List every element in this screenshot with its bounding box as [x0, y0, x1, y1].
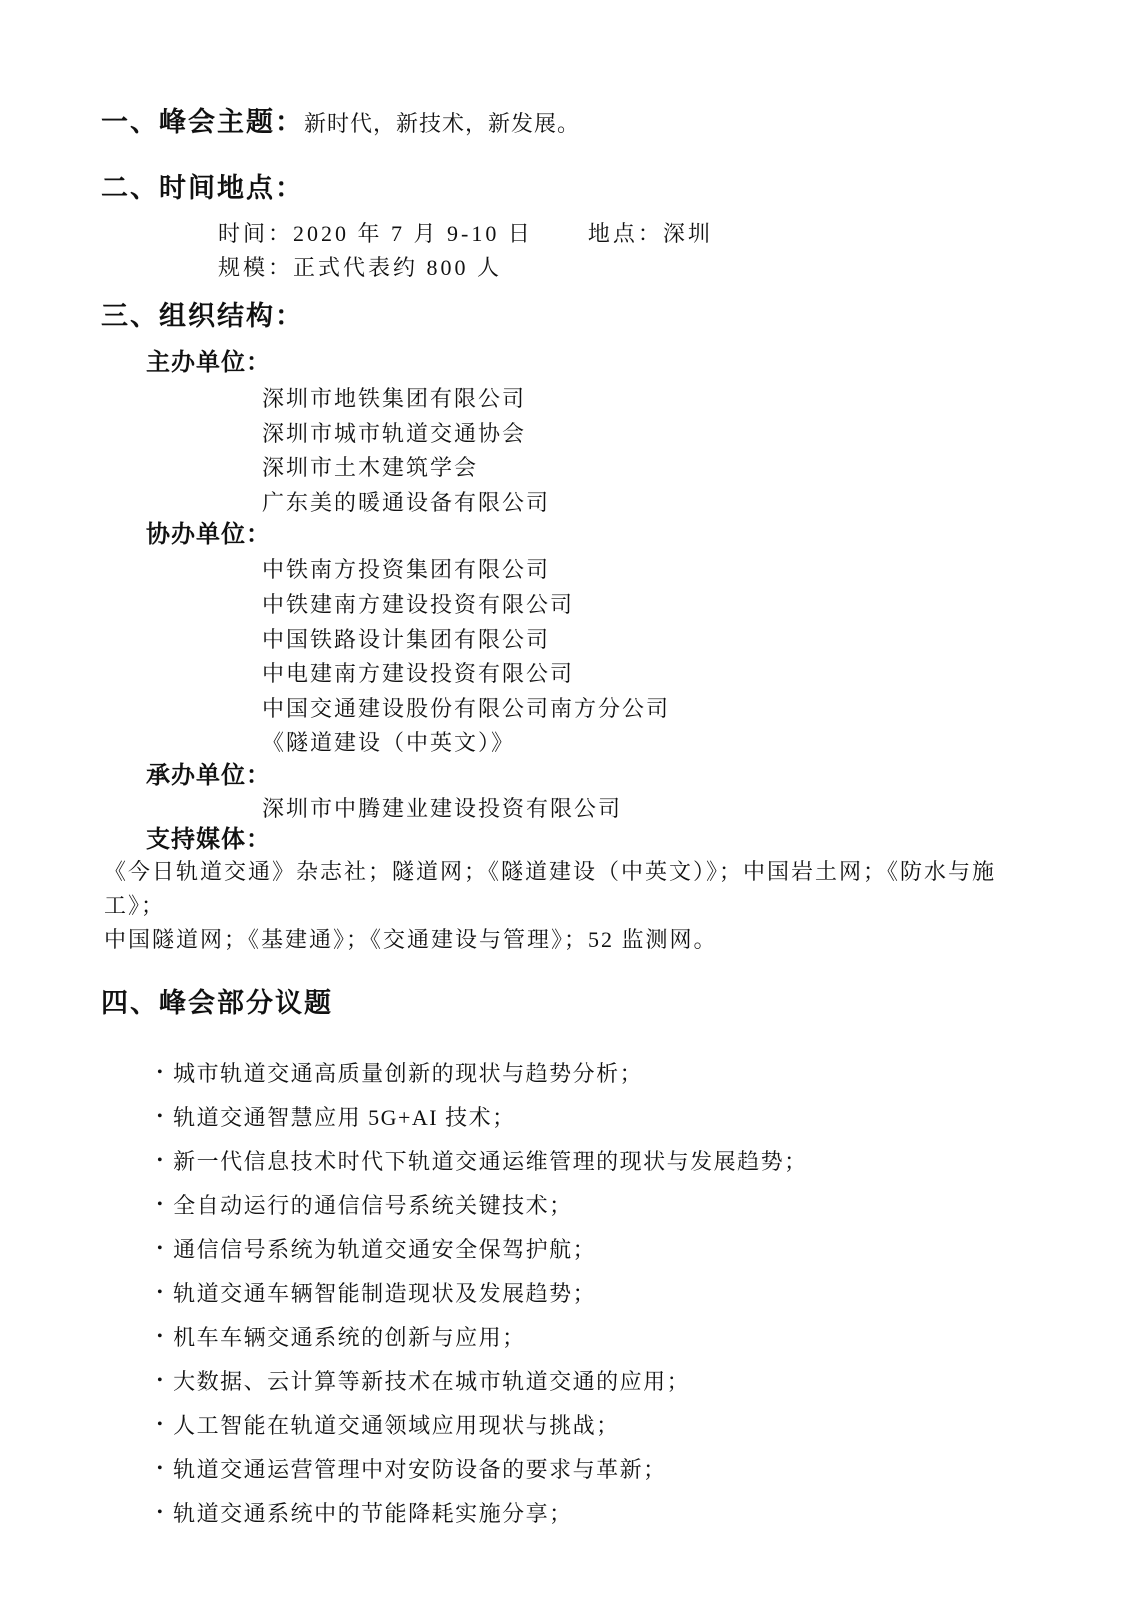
host-units-list: 深圳市地铁集团有限公司 深圳市城市轨道交通协会 深圳市土木建筑学会 广东美的暖通… — [0, 382, 1131, 520]
topic-text: 机车车辆交通系统的创新与应用； — [173, 1321, 526, 1352]
org-item: 中国交通建设股份有限公司南方分公司 — [262, 692, 1131, 727]
scale-value: 正式代表约 800 人 — [293, 255, 502, 280]
topic-item: •通信信号系统为轨道交通安全保驾护航； — [157, 1227, 1131, 1271]
topic-text: 新一代信息技术时代下轨道交通运维管理的现状与发展趋势； — [173, 1145, 808, 1176]
topic-item: •人工智能在轨道交通领域应用现状与挑战； — [157, 1403, 1131, 1447]
section-1-theme-text: 新时代，新技术，新发展。 — [304, 111, 580, 136]
co-organizer-title: 协办单位： — [146, 520, 1131, 550]
org-item: 广东美的暖通设备有限公司 — [262, 486, 1131, 521]
topics-list: •城市轨道交通高质量创新的现状与趋势分析； •轨道交通智慧应用 5G+AI 技术… — [0, 1051, 1131, 1535]
topic-item: •轨道交通车辆智能制造现状及发展趋势； — [157, 1271, 1131, 1315]
topic-item: •轨道交通系统中的节能降耗实施分享； — [157, 1491, 1131, 1535]
time-place-row: 时间：2020 年 7 月 9-10 日地点：深圳 — [218, 218, 1131, 250]
topic-text: 轨道交通车辆智能制造现状及发展趋势； — [173, 1277, 596, 1308]
bullet-dot-icon: • — [157, 1460, 164, 1478]
org-item: 中铁建南方建设投资有限公司 — [262, 588, 1131, 623]
bullet-dot-icon: • — [157, 1416, 164, 1434]
topic-item: •机车车辆交通系统的创新与应用； — [157, 1315, 1131, 1359]
scale-row: 规模：正式代表约 800 人 — [218, 252, 1131, 284]
org-item: 《隧道建设（中英文）》 — [262, 726, 1131, 761]
org-item: 深圳市城市轨道交通协会 — [262, 417, 1131, 452]
time-label: 时间： — [218, 221, 293, 246]
topic-item: •大数据、云计算等新技术在城市轨道交通的应用； — [157, 1359, 1131, 1403]
topic-text: 轨道交通运营管理中对安防设备的要求与革新； — [173, 1453, 667, 1484]
undertaker-title: 承办单位： — [146, 761, 1131, 791]
section-1-heading: 一、峰会主题： — [101, 107, 304, 137]
topic-text: 通信信号系统为轨道交通安全保驾护航； — [173, 1233, 596, 1264]
section-2-heading: 二、时间地点： — [101, 170, 1131, 206]
media-support-line: 《今日轨道交通》杂志社；隧道网；《隧道建设（中英文）》；中国岩土网；《防水与施工… — [104, 855, 1041, 923]
org-item: 深圳市地铁集团有限公司 — [262, 382, 1131, 417]
co-organizer-list: 中铁南方投资集团有限公司 中铁建南方建设投资有限公司 中国铁路设计集团有限公司 … — [0, 553, 1131, 761]
media-support-line: 中国隧道网；《基建通》；《交通建设与管理》；52 监测网。 — [104, 923, 1041, 957]
time-value: 2020 年 7 月 9-10 日 — [293, 221, 533, 246]
document-page: 一、峰会主题：新时代，新技术，新发展。 二、时间地点： 时间：2020 年 7 … — [0, 0, 1131, 1600]
bullet-dot-icon: • — [157, 1240, 164, 1258]
place-value: 深圳 — [663, 221, 713, 246]
org-item: 深圳市中腾建业建设投资有限公司 — [262, 793, 1131, 825]
org-item: 深圳市土木建筑学会 — [262, 451, 1131, 486]
topic-item: •全自动运行的通信信号系统关键技术； — [157, 1183, 1131, 1227]
topic-item: •城市轨道交通高质量创新的现状与趋势分析； — [157, 1051, 1131, 1095]
bullet-dot-icon: • — [157, 1064, 164, 1082]
topic-text: 全自动运行的通信信号系统关键技术； — [173, 1189, 573, 1220]
topic-text: 轨道交通智慧应用 5G+AI 技术； — [173, 1101, 516, 1132]
topic-item: •轨道交通运营管理中对安防设备的要求与革新； — [157, 1447, 1131, 1491]
org-item: 中国铁路设计集团有限公司 — [262, 623, 1131, 658]
media-support-title: 支持媒体： — [146, 825, 1131, 855]
bullet-dot-icon: • — [157, 1504, 164, 1522]
host-units-title: 主办单位： — [146, 348, 1131, 378]
section-3-heading: 三、组织结构： — [101, 298, 1131, 334]
topic-item: •轨道交通智慧应用 5G+AI 技术； — [157, 1095, 1131, 1139]
bullet-dot-icon: • — [157, 1196, 164, 1214]
document-content: 一、峰会主题：新时代，新技术，新发展。 二、时间地点： 时间：2020 年 7 … — [0, 0, 1131, 1535]
topic-text: 大数据、云计算等新技术在城市轨道交通的应用； — [173, 1365, 690, 1396]
bullet-dot-icon: • — [157, 1152, 164, 1170]
org-item: 中铁南方投资集团有限公司 — [262, 553, 1131, 588]
bullet-dot-icon: • — [157, 1372, 164, 1390]
topic-text: 轨道交通系统中的节能降耗实施分享； — [173, 1497, 573, 1528]
org-item: 中电建南方建设投资有限公司 — [262, 657, 1131, 692]
topic-item: •新一代信息技术时代下轨道交通运维管理的现状与发展趋势； — [157, 1139, 1131, 1183]
section-4-heading: 四、峰会部分议题 — [101, 985, 1131, 1021]
section-1-heading-line: 一、峰会主题：新时代，新技术，新发展。 — [101, 104, 1131, 142]
topic-text: 人工智能在轨道交通领域应用现状与挑战； — [173, 1409, 620, 1440]
bullet-dot-icon: • — [157, 1108, 164, 1126]
scale-label: 规模： — [218, 255, 293, 280]
place-label: 地点： — [588, 221, 663, 246]
bullet-dot-icon: • — [157, 1328, 164, 1346]
bullet-dot-icon: • — [157, 1284, 164, 1302]
topic-text: 城市轨道交通高质量创新的现状与趋势分析； — [173, 1057, 643, 1088]
